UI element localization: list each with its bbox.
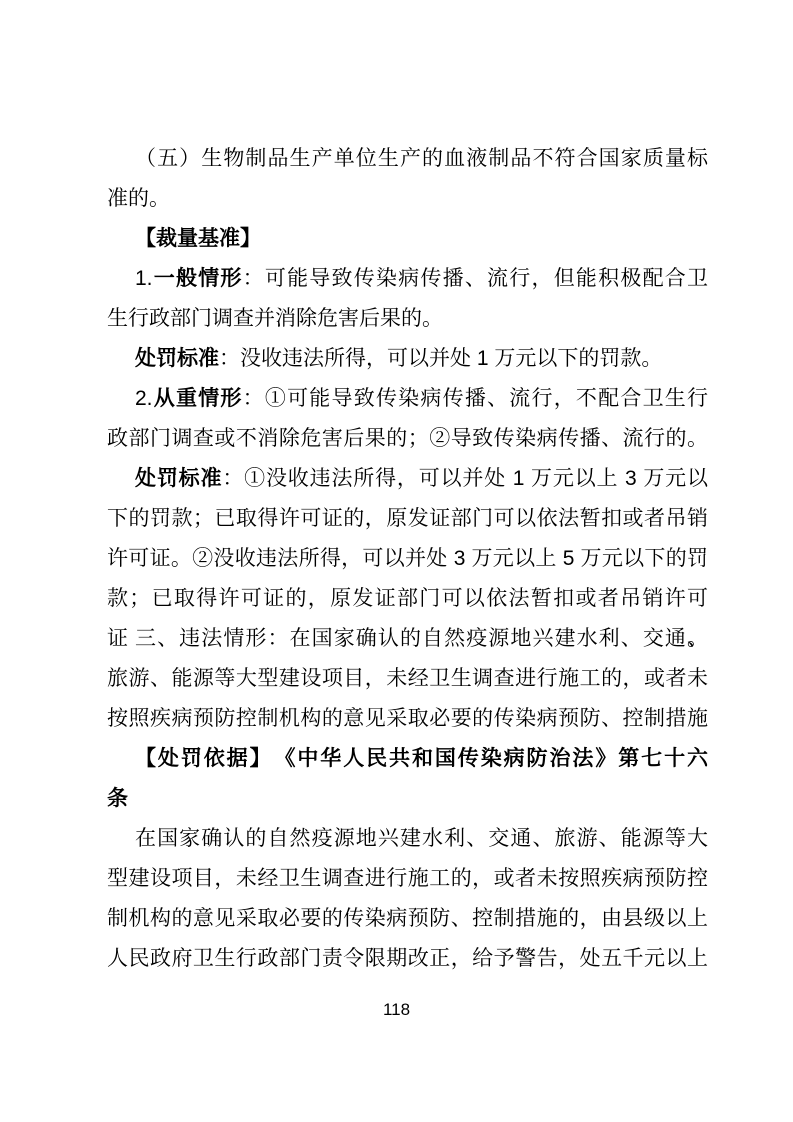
text-run: 政部门调查或不消除危害后果的；②导致传染病传播、流行的。	[107, 427, 708, 450]
bold-label: 处罚标准	[135, 347, 219, 370]
text-line: 许可证。②没收违法所得，可以并处 3 万元以上 5 万元以下的罚	[107, 539, 708, 579]
text-run: ：没收违法所得，可以并处 1 万元以下的罚款。	[219, 347, 662, 370]
text-block: （五）生物制品生产单位生产的血液制品不符合国家质量标 准的。 【裁量基准】 1.…	[107, 139, 708, 979]
list-number: 1.	[135, 267, 153, 290]
text-line: 处罚标准：①没收违法所得，可以并处 1 万元以上 3 万元以	[107, 459, 708, 499]
bold-label: 从重情形	[153, 387, 243, 410]
bold-label: 一般情形	[153, 267, 243, 290]
text-run: 在国家确认的自然疫源地兴建水利、交通、旅游、能源等大	[135, 827, 708, 850]
text-line: 【裁量基准】	[107, 219, 708, 259]
text-line: （五）生物制品生产单位生产的血液制品不符合国家质量标	[107, 139, 708, 179]
section-heading-text: 【裁量基准】	[135, 227, 261, 250]
text-line: 在国家确认的自然疫源地兴建水利、交通、旅游、能源等大	[107, 819, 708, 859]
text-line: 准的。	[107, 179, 708, 219]
text-line: 【处罚依据】 《中华人民共和国传染病防治法》第七十六	[107, 739, 708, 779]
text-run: 型建设项目，未经卫生调查进行施工的，或者未按照疾病预防控	[107, 867, 708, 890]
paragraph-item-three-violation: 三、违法情形：在国家确认的自然疫源地兴建水利、交通、 旅游、能源等大型建设项目，…	[107, 619, 708, 739]
text-line: 条	[107, 779, 708, 819]
text-line: 政部门调查或不消除危害后果的；②导致传染病传播、流行的。	[107, 419, 708, 459]
document-page: （五）生物制品生产单位生产的血液制品不符合国家质量标 准的。 【裁量基准】 1.…	[0, 0, 793, 1122]
text-run: 许可证。②没收违法所得，可以并处 3 万元以上 5 万元以下的罚	[107, 547, 708, 570]
text-run: 三、违法情形：在国家确认的自然疫源地兴建水利、交通、	[135, 627, 708, 650]
text-line: 旅游、能源等大型建设项目，未经卫生调查进行施工的，或者未	[107, 659, 708, 699]
paragraph-law-article-76: 在国家确认的自然疫源地兴建水利、交通、旅游、能源等大 型建设项目，未经卫生调查进…	[107, 819, 708, 979]
section-heading-text: 【处罚依据】 《中华人民共和国传染病防治法》第七十六	[135, 747, 708, 770]
text-line: 1.一般情形：可能导致传染病传播、流行，但能积极配合卫	[107, 259, 708, 299]
text-run: ：①没收违法所得，可以并处 1 万元以上 3 万元以	[222, 467, 708, 490]
text-run: 下的罚款；已取得许可证的，原发证部门可以依法暂扣或者吊销	[107, 507, 708, 530]
text-line: 下的罚款；已取得许可证的，原发证部门可以依法暂扣或者吊销	[107, 499, 708, 539]
paragraph-general-circumstance: 1.一般情形：可能导致传染病传播、流行，但能积极配合卫 生行政部门调查并消除危害…	[107, 259, 708, 339]
paragraph-aggravated-circumstance: 2.从重情形：①可能导致传染病传播、流行，不配合卫生行 政部门调查或不消除危害后…	[107, 379, 708, 459]
text-line: 生行政部门调查并消除危害后果的。	[107, 299, 708, 339]
page-number: 118	[0, 999, 793, 1021]
text-run: 按照疾病预防控制机构的意见采取必要的传染病预防、控制措施	[107, 707, 708, 730]
text-line: 2.从重情形：①可能导致传染病传播、流行，不配合卫生行	[107, 379, 708, 419]
text-line: 制机构的意见采取必要的传染病预防、控制措施的，由县级以上	[107, 899, 708, 939]
text-run: 旅游、能源等大型建设项目，未经卫生调查进行施工的，或者未	[107, 667, 708, 690]
text-run: 准的。	[107, 187, 170, 210]
list-number: 2.	[135, 387, 153, 410]
text-line: 人民政府卫生行政部门责令限期改正，给予警告，处五千元以上	[107, 939, 708, 979]
text-run: （五）生物制品生产单位生产的血液制品不符合国家质量标	[135, 147, 708, 170]
heading-penalty-basis: 【处罚依据】 《中华人民共和国传染病防治法》第七十六 条	[107, 739, 708, 819]
paragraph-penalty-standard-general: 处罚标准：没收违法所得，可以并处 1 万元以下的罚款。	[107, 339, 708, 379]
heading-discretion-benchmark: 【裁量基准】	[107, 219, 708, 259]
paragraph-penalty-standard-aggravated: 处罚标准：①没收违法所得，可以并处 1 万元以上 3 万元以 下的罚款；已取得许…	[107, 459, 708, 619]
text-run: 制机构的意见采取必要的传染病预防、控制措施的，由县级以上	[107, 907, 708, 930]
text-run: ：①可能导致传染病传播、流行，不配合卫生行	[243, 387, 708, 410]
text-line: 处罚标准：没收违法所得，可以并处 1 万元以下的罚款。	[107, 339, 708, 379]
text-line: 按照疾病预防控制机构的意见采取必要的传染病预防、控制措施	[107, 699, 708, 739]
paragraph-item-five-violation: （五）生物制品生产单位生产的血液制品不符合国家质量标 准的。	[107, 139, 708, 219]
text-run: 生行政部门调查并消除危害后果的。	[107, 307, 443, 330]
bold-label: 处罚标准	[135, 467, 222, 490]
text-run: ：可能导致传染病传播、流行，但能积极配合卫	[243, 267, 708, 290]
text-line: 型建设项目，未经卫生调查进行施工的，或者未按照疾病预防控	[107, 859, 708, 899]
section-heading-text: 条	[107, 787, 128, 810]
text-run: 人民政府卫生行政部门责令限期改正，给予警告，处五千元以上	[107, 947, 708, 970]
text-line: 款；已取得许可证的，原发证部门可以依法暂扣或者吊销许可证。	[107, 579, 708, 619]
text-line: 三、违法情形：在国家确认的自然疫源地兴建水利、交通、	[107, 619, 708, 659]
